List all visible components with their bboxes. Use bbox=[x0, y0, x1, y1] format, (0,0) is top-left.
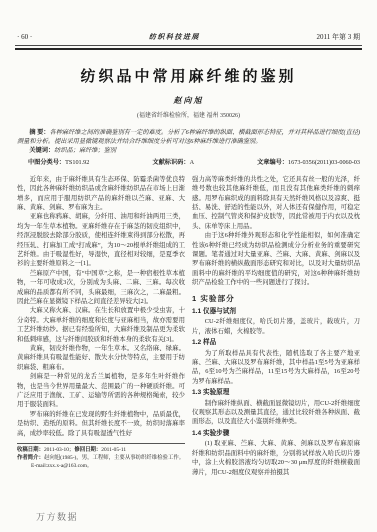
doc-code-label: 文献标识码： bbox=[152, 159, 189, 166]
paragraph: 罗布麻的纤维在已发现的野生纤维植物中，品质最优，是纺织、造纸的原料。但其纤维长度… bbox=[17, 410, 185, 438]
article-id: 文章编号：1673-0356(2011)03-0060-03 bbox=[257, 158, 360, 167]
paragraph: 亚麻也称鸦麻、胡麻，分纤用、油用和纤油两用三类，均为一年生草本植物。亚麻纤维存在… bbox=[17, 212, 185, 268]
paragraph: 苎麻原产中国，有“中国草”之称，是一种宿根性草本植物，一年可收成3次，分别成为头… bbox=[17, 269, 185, 307]
subsection-heading-instruments: 1.1 仪器与试剂 bbox=[192, 307, 360, 316]
keywords-label: 关键词： bbox=[29, 147, 54, 154]
doc-code-value: A bbox=[190, 159, 194, 166]
subsection-heading-procedure: 1.4 实验步骤 bbox=[192, 429, 360, 438]
clc-label: 中图分类号： bbox=[28, 159, 65, 166]
received-date: 2011-03-10； bbox=[44, 447, 74, 453]
keywords-line: 关键词：纺织品；麻纤维；鉴别 bbox=[17, 146, 360, 155]
paragraph: CU-2纤维细度仪，哈氏切片器，盖玻片，载玻片，刀片，液体石蜡，火棉胶等。 bbox=[192, 317, 360, 336]
revised-date: 2011-05-11 bbox=[101, 447, 126, 453]
paragraph: 剑麻是一种常见的龙舌兰属植物，是多年生叶纤维作物，也是当今世界用量最大、范围最广… bbox=[17, 372, 185, 410]
paragraph: (1) 取亚麻、苎麻、大麻、黄麻、剑麻以及罗布麻原麻纤维和纺织品面料中的麻纤维，… bbox=[192, 439, 360, 477]
wanfang-watermark: 万方数据 bbox=[36, 510, 78, 523]
paragraph-continuation: 强力高等麻类纤维的共性之处，它还具有丝一般的光泽，纤维号数也较其他麻纤维低，而且… bbox=[192, 175, 360, 231]
article-id-label: 文章编号： bbox=[257, 159, 288, 166]
body-columns: 近年来，由于麻纤维具有生态环保、防霉杀菌等优良特性，因此各种麻纤维纺织品或含麻纤… bbox=[17, 175, 360, 477]
document-code: 文献标识码：A bbox=[152, 158, 194, 167]
paragraph: 由于这6种纤维外观形态和化学性能相似，如何准确定性该6种纤维已经成为纺织品检测成… bbox=[192, 231, 360, 287]
footnote-bio: 作者简介：赵向旭(1985-)，男，工程师，主要从事纺织纤维检验工作。 bbox=[17, 454, 185, 462]
classification-row: 中图分类号：TS101.92 文献标识码：A 文章编号：1673-0356(20… bbox=[17, 158, 360, 167]
subsection-heading-samples: 1.2 样品 bbox=[192, 338, 360, 347]
right-column: 强力高等麻类纤维的共性之处，它还具有丝一般的光泽，纤维号数也较其他麻纤维低，而且… bbox=[192, 175, 360, 477]
article-title: 纺织品中常用麻纤维的鉴别 bbox=[0, 65, 377, 86]
abstract-label: 摘 要： bbox=[29, 129, 49, 136]
author-affiliation: (福建省纤维检验所，福建 福州 350026) bbox=[0, 110, 377, 119]
paragraph: 黄麻，韧皮纤维作物，一年生草本。又名络麻、绿麻。黄麻纤维具有吸湿性能好、散失水分… bbox=[17, 344, 185, 372]
received-date-label: 收稿日期： bbox=[17, 447, 44, 453]
article-id-value: 1673-0356(2011)03-0060-03 bbox=[288, 159, 360, 166]
footnote-dates: 收稿日期：2011-03-10；修回日期：2011-05-11 bbox=[17, 446, 185, 454]
author-bio: 赵向旭(1985-)，男，工程师，主要从事纺织纤维检验工作。 bbox=[44, 455, 184, 461]
clc-value: TS101.92 bbox=[65, 159, 89, 166]
header-rule-thin bbox=[15, 45, 362, 46]
journal-name: 纺织科技进展 bbox=[149, 33, 200, 42]
footnote-email: E-mail:zxx.x-a@163.com。 bbox=[17, 462, 185, 470]
paragraph: 大麻又称火麻、汉麻。在生长和放置中极少受虫害，十分奇特。大麻单纤维的细度和长度与… bbox=[17, 306, 185, 344]
left-column: 近年来，由于麻纤维具有生态环保、防霉杀菌等优良特性，因此各种麻纤维纺织品或含麻纤… bbox=[17, 175, 185, 477]
abstract-text: 各种麻纤维之间的准确鉴别有一定的难度。分析了6种麻纤维的纵面、横截面形态特征，并… bbox=[17, 129, 360, 145]
paragraph: 为了所取样品具有代表性，随机选取了各主要产地亚麻、苎麻、大麻以及罗布麻纤维，其中… bbox=[192, 349, 360, 387]
page-number: · 60 · bbox=[17, 33, 32, 42]
running-header: · 60 · 纺织科技进展 2011 年第 3 期 bbox=[0, 0, 377, 42]
paragraph: 近年来，由于麻纤维具有生态环保、防霉杀菌等优良特性，因此各种麻纤维纺织品或含麻纤… bbox=[17, 175, 185, 213]
subsection-heading-principle: 1.3 实验原理 bbox=[192, 388, 360, 397]
journal-page: · 60 · 纺织科技进展 2011 年第 3 期 纺织品中常用麻纤维的鉴别 赵… bbox=[0, 0, 377, 532]
keywords-text: 纺织品；麻纤维；鉴别 bbox=[54, 147, 116, 154]
issue-info: 2011 年第 3 期 bbox=[316, 33, 360, 42]
paragraph: 制作麻纤维纵面、横截面显微镜切片，用CU-2纤维细度仪观察其形态以及测量其直径，… bbox=[192, 399, 360, 427]
abstract: 摘 要：各种麻纤维之间的准确鉴别有一定的难度。分析了6种麻纤维的纵面、横截面形态… bbox=[17, 128, 360, 147]
header-rule-thick bbox=[15, 48, 362, 50]
revised-date-label: 修回日期： bbox=[74, 447, 101, 453]
clc-number: 中图分类号：TS101.92 bbox=[28, 158, 89, 167]
footnote-block: 收稿日期：2011-03-10；修回日期：2011-05-11 作者简介：赵向旭… bbox=[17, 443, 185, 470]
author-bio-label: 作者简介： bbox=[17, 455, 44, 461]
section-heading-experiment: 1 实验部分 bbox=[192, 294, 360, 303]
header-rule bbox=[15, 45, 362, 50]
author-name: 赵向旭 bbox=[0, 95, 377, 106]
